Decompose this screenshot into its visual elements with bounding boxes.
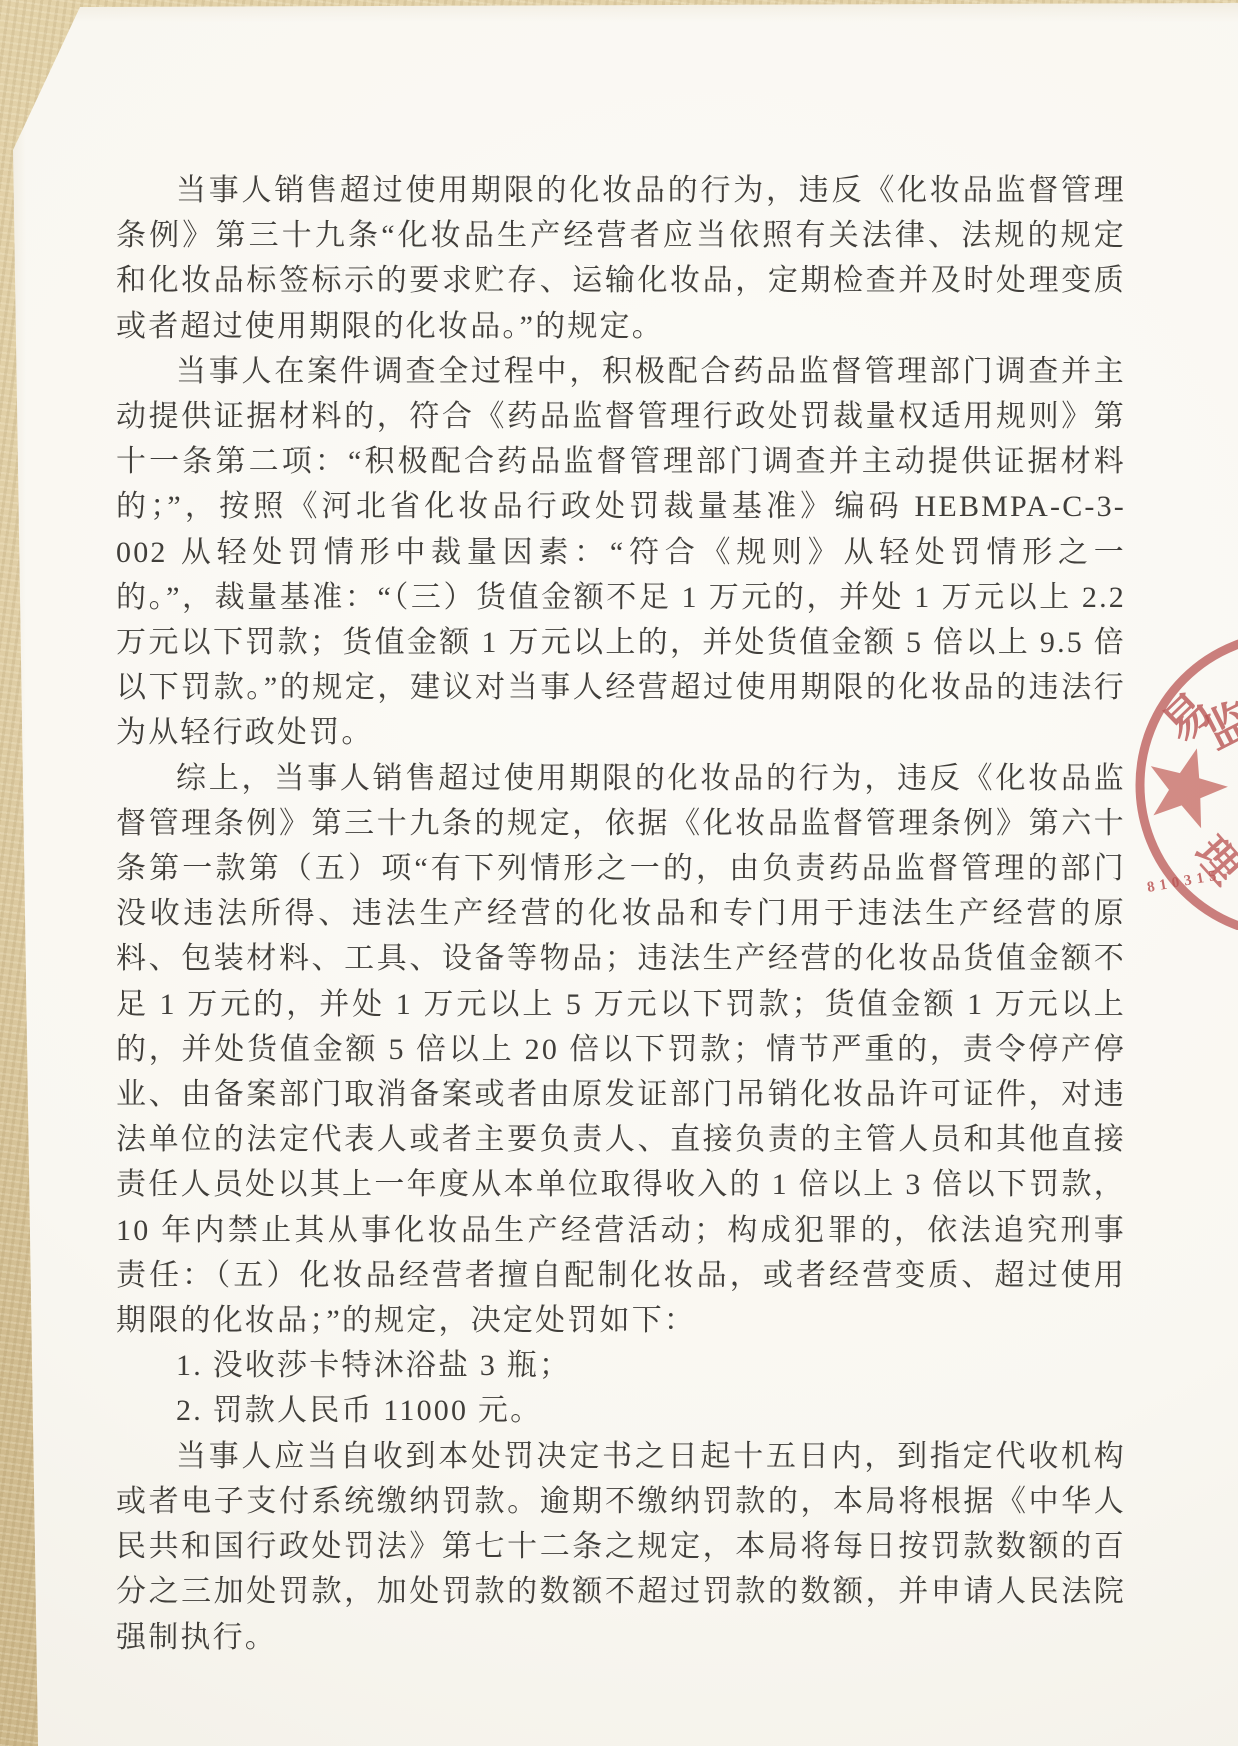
official-seal-stamp: 易 监 理 810315 bbox=[1098, 630, 1238, 930]
document-text: 当事人销售超过使用期限的化妆品的行为，违反《化妆品监督管理条例》第三十九条“化妆… bbox=[116, 168, 1126, 1660]
paragraph-mitigation: 当事人在案件调查全过程中，积极配合药品监督管理部门调查并主动提供证据材料的，符合… bbox=[116, 349, 1126, 756]
paragraph-violation: 当事人销售超过使用期限的化妆品的行为，违反《化妆品监督管理条例》第三十九条“化妆… bbox=[116, 168, 1126, 349]
penalty-item-fine: 2. 罚款人民币 11000 元。 bbox=[116, 1388, 1126, 1433]
paper-sheet: 当事人销售超过使用期限的化妆品的行为，违反《化妆品监督管理条例》第三十九条“化妆… bbox=[0, 0, 1238, 1746]
paragraph-decision-basis: 综上，当事人销售超过使用期限的化妆品的行为，违反《化妆品监督管理条例》第三十九条… bbox=[116, 756, 1126, 1344]
penalty-item-confiscation: 1. 没收莎卡特沐浴盐 3 瓶； bbox=[116, 1343, 1126, 1388]
seal-star-icon bbox=[1151, 748, 1228, 828]
paragraph-payment-instructions: 当事人应当自收到本处罚决定书之日起十五日内，到指定代收机构或者电子支付系统缴纳罚… bbox=[116, 1434, 1126, 1660]
